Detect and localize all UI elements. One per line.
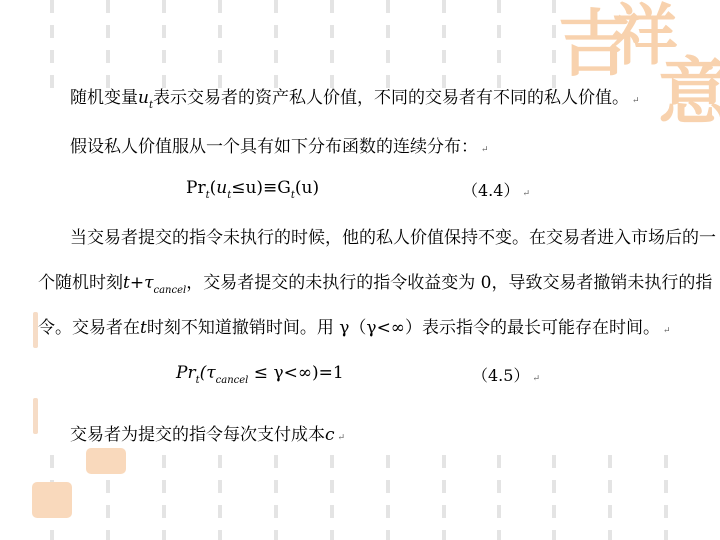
equation-number-4-4: （4.4）↵ xyxy=(462,178,530,201)
dash xyxy=(274,0,278,13)
math-t-plus-tau: t+τ xyxy=(123,273,153,293)
dash xyxy=(218,505,222,518)
dash xyxy=(664,505,668,518)
dash xyxy=(162,530,166,540)
dash xyxy=(274,530,278,540)
math-tau: (τ xyxy=(200,363,216,383)
math-rhs: ≤ γ<∞)=1 xyxy=(248,363,343,383)
dash xyxy=(106,530,110,540)
dash xyxy=(608,530,612,540)
dash xyxy=(497,530,501,540)
dash xyxy=(106,75,110,88)
text: 假设私人价值服从一个具有如下分布函数的连续分布： xyxy=(70,137,478,157)
dash xyxy=(497,455,501,468)
math-var-c: c xyxy=(325,425,335,445)
dash xyxy=(330,50,334,63)
dash xyxy=(274,25,278,38)
math-var-u: u xyxy=(138,88,149,108)
dash xyxy=(552,50,556,63)
text: 交易者为提交的指令每次支付成本 xyxy=(70,425,325,445)
dash xyxy=(664,455,668,468)
dash xyxy=(552,25,556,38)
dash xyxy=(162,50,166,63)
dash xyxy=(218,25,222,38)
dash xyxy=(162,455,166,468)
dash xyxy=(218,50,222,63)
dash xyxy=(386,25,390,38)
dash xyxy=(330,75,334,88)
math-subscript-cancel: cancel xyxy=(216,375,249,386)
watermark-calligraphy: 吉 祥 意 xyxy=(558,0,720,144)
dash xyxy=(386,50,390,63)
watermark-char-yi: 意 xyxy=(658,56,720,128)
dash xyxy=(106,50,110,63)
dash xyxy=(497,0,501,13)
return-mark-icon: ↵ xyxy=(481,145,489,155)
dash xyxy=(442,480,446,493)
text: ，交易者提交的未执行的指令收益变为 0，导致交易者撤销未执行的指 xyxy=(186,273,712,293)
dash xyxy=(162,505,166,518)
paragraph-distribution-assumption: 假设私人价值服从一个具有如下分布函数的连续分布：↵ xyxy=(70,137,489,160)
dash xyxy=(552,455,556,468)
dash xyxy=(552,480,556,493)
dash xyxy=(330,530,334,540)
dash xyxy=(442,505,446,518)
dash xyxy=(386,505,390,518)
math-var-u: u xyxy=(216,178,227,198)
paragraph-private-value: 随机变量ut表示交易者的资产私人价值，不同的交易者有不同的私人价值。↵ xyxy=(70,88,640,116)
dash xyxy=(218,530,222,540)
text: 令。交易者在 xyxy=(38,318,140,338)
return-mark-icon: ↵ xyxy=(522,189,530,199)
dash xyxy=(552,0,556,13)
dash xyxy=(386,75,390,88)
dash xyxy=(386,0,390,13)
dash xyxy=(218,455,222,468)
dash xyxy=(50,455,54,468)
text: 个随机时刻 xyxy=(38,273,123,293)
dash xyxy=(50,0,54,13)
decorative-seal xyxy=(86,448,126,474)
dash xyxy=(274,480,278,493)
dash xyxy=(162,480,166,493)
dash xyxy=(442,75,446,88)
dash xyxy=(162,0,166,13)
equation-number-4-5: （4.5）↵ xyxy=(472,363,540,386)
dash xyxy=(608,455,612,468)
dash xyxy=(386,480,390,493)
text: （4.5） xyxy=(472,366,529,385)
paragraph-cancel-line-3: 令。交易者在t时刻不知道撤销时间。用 γ（γ<∞）表示指令的最长可能存在时间。↵ xyxy=(38,318,671,341)
dash xyxy=(274,75,278,88)
dash xyxy=(442,0,446,13)
dash xyxy=(386,530,390,540)
dash xyxy=(442,25,446,38)
dash xyxy=(50,75,54,88)
decorative-seal xyxy=(32,482,72,518)
text: 当交易者提交的指令未执行的时候，他的私人价值保持不变。在交易者进入市场后的一 xyxy=(70,228,716,248)
math-subscript-cancel: cancel xyxy=(153,285,186,296)
dash xyxy=(330,455,334,468)
dash xyxy=(442,50,446,63)
dash xyxy=(497,505,501,518)
return-mark-icon: ↵ xyxy=(338,433,346,443)
dash xyxy=(442,455,446,468)
dash xyxy=(330,25,334,38)
dash xyxy=(50,50,54,63)
dash xyxy=(106,480,110,493)
dash xyxy=(218,480,222,493)
dash xyxy=(106,25,110,38)
return-mark-icon: ↵ xyxy=(532,374,540,384)
dash xyxy=(442,530,446,540)
dash xyxy=(218,75,222,88)
dash xyxy=(274,455,278,468)
dash xyxy=(552,75,556,88)
paragraph-cancel-line-2: 个随机时刻t+τcancel，交易者提交的未执行的指令收益变为 0，导致交易者撤… xyxy=(38,273,712,301)
math-relation: ≤u)≡G xyxy=(231,178,291,198)
equation-4-5: Prt(τcancel ≤ γ<∞)=1 xyxy=(176,363,344,391)
dash xyxy=(386,455,390,468)
math-pr: Pr xyxy=(186,178,206,198)
text: 随机变量 xyxy=(70,88,138,108)
dash xyxy=(162,75,166,88)
dash xyxy=(497,480,501,493)
dash xyxy=(330,480,334,493)
dash xyxy=(274,505,278,518)
dash xyxy=(664,530,668,540)
text: 时刻不知道撤销时间。用 γ（γ<∞）表示指令的最长可能存在时间。 xyxy=(147,318,660,338)
dash xyxy=(50,530,54,540)
dash xyxy=(664,480,668,493)
text: （4.4） xyxy=(462,181,519,200)
dash xyxy=(497,50,501,63)
dash xyxy=(497,75,501,88)
equation-4-4: Prt(ut≤u)≡Gt(u) xyxy=(186,178,319,206)
dash xyxy=(106,505,110,518)
math-rhs: (u) xyxy=(295,178,319,198)
return-mark-icon: ↵ xyxy=(663,326,671,336)
dash xyxy=(608,505,612,518)
paragraph-cancel-line-1: 当交易者提交的指令未执行的时候，他的私人价值保持不变。在交易者进入市场后的一 xyxy=(70,228,716,248)
dash xyxy=(330,0,334,13)
text: 表示交易者的资产私人价值，不同的交易者有不同的私人价值。 xyxy=(153,88,629,108)
decorative-strip xyxy=(33,398,38,434)
dash xyxy=(218,0,222,13)
math-var-t: t xyxy=(140,318,147,338)
math-pr: Pr xyxy=(176,363,196,383)
dash xyxy=(162,25,166,38)
dash xyxy=(497,25,501,38)
dash xyxy=(552,505,556,518)
paragraph-order-cost: 交易者为提交的指令每次支付成本c↵ xyxy=(70,425,345,448)
return-mark-icon: ↵ xyxy=(632,96,640,106)
dash xyxy=(608,480,612,493)
dash xyxy=(106,0,110,13)
dash xyxy=(50,25,54,38)
dash xyxy=(330,505,334,518)
dash xyxy=(274,50,278,63)
dash xyxy=(552,530,556,540)
